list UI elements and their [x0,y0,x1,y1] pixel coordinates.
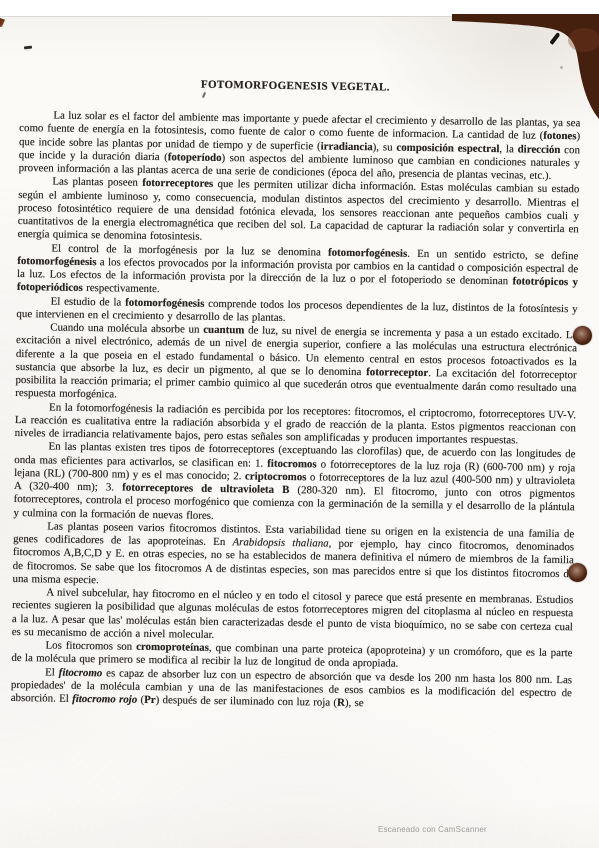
punch-hole [573,326,592,345]
paragraph: En las plantas existen tres tipos de fot… [13,440,575,528]
text-run: El estudio de la [51,295,126,308]
paragraph: A nivel subcelular, hay fitocromo en el … [12,586,574,647]
emphasis-run: criptocromos [245,470,307,483]
screenshot-root: { "document": { "title": "FOTOMORFOGENES… [0,0,599,848]
emphasis-run: fitocromo rojo [72,693,137,706]
text-run: respectivamente. [83,282,160,295]
paragraph: El control de la morfogénesis por la luz… [17,241,579,302]
emphasis-run: cromoproteínas [136,641,209,654]
text-run: ), su [373,141,397,153]
emphasis-run: fotomorfogénesis [125,296,204,309]
emphasis-run: fitocromos [267,457,317,470]
document-body: La luz solar es el factor del ambiente m… [11,109,581,714]
paragraph: Las plantas poseen varios fitocromos dis… [12,520,574,595]
emphasis-run: fotomorfogénesis [17,255,96,268]
paragraph: Cuando una molécula absorbe un cuantum d… [15,321,577,409]
text-run: Los fitocromos son [45,639,136,652]
paragraph: El fitocromo es capaz de absorber luz co… [11,665,573,713]
emphasis-run: cuantum [203,324,244,337]
paragraph: La luz solar es el factor del ambiente m… [19,109,581,184]
emphasis-run: fotoperíodo [168,151,222,164]
emphasis-run: fotones [543,130,576,142]
emphasis-run: fotorreceptor [366,366,428,379]
text-run: El [45,666,59,678]
text-run: En la fotomorfogénesis la radiación es p… [15,401,577,446]
emphasis-run: fotorreceptores [142,177,213,190]
punch-hole [568,563,587,582]
text-run: Cuando una molécula absorbe un [50,321,203,335]
text-run: Las plantas poseen [52,176,142,189]
emphasis-run: fotomorfogénesis [328,246,407,259]
emphasis-run: fotorreceptores de ultravioleta B [122,482,289,496]
document-content: FOTOMORFOGENESIS VEGETAL. La luz solar e… [11,76,581,714]
emphasis-run: Arabidopsis thaliana [232,536,328,549]
emphasis-run: Pr [144,694,156,706]
emphasis-run: dirección [518,143,561,156]
emphasis-run: irradiancia [321,140,373,153]
text-run: A nivel subcelular, hay fitocromo en el … [12,586,574,640]
paper-speck [560,66,563,69]
paragraph: Las plantas poseen fotorreceptores que l… [18,175,580,250]
text-run: , la [499,143,517,155]
emphasis-run: fitocromo [59,666,103,679]
text-run: . En un sentido estricto, se define [407,247,578,262]
text-run: ), se [345,697,364,709]
camscanner-watermark: Escaneado con CamScanner [378,825,487,834]
text-run: ) después de ser iluminado con luz roja … [156,694,338,709]
emphasis-run: composición espectral [396,141,499,155]
